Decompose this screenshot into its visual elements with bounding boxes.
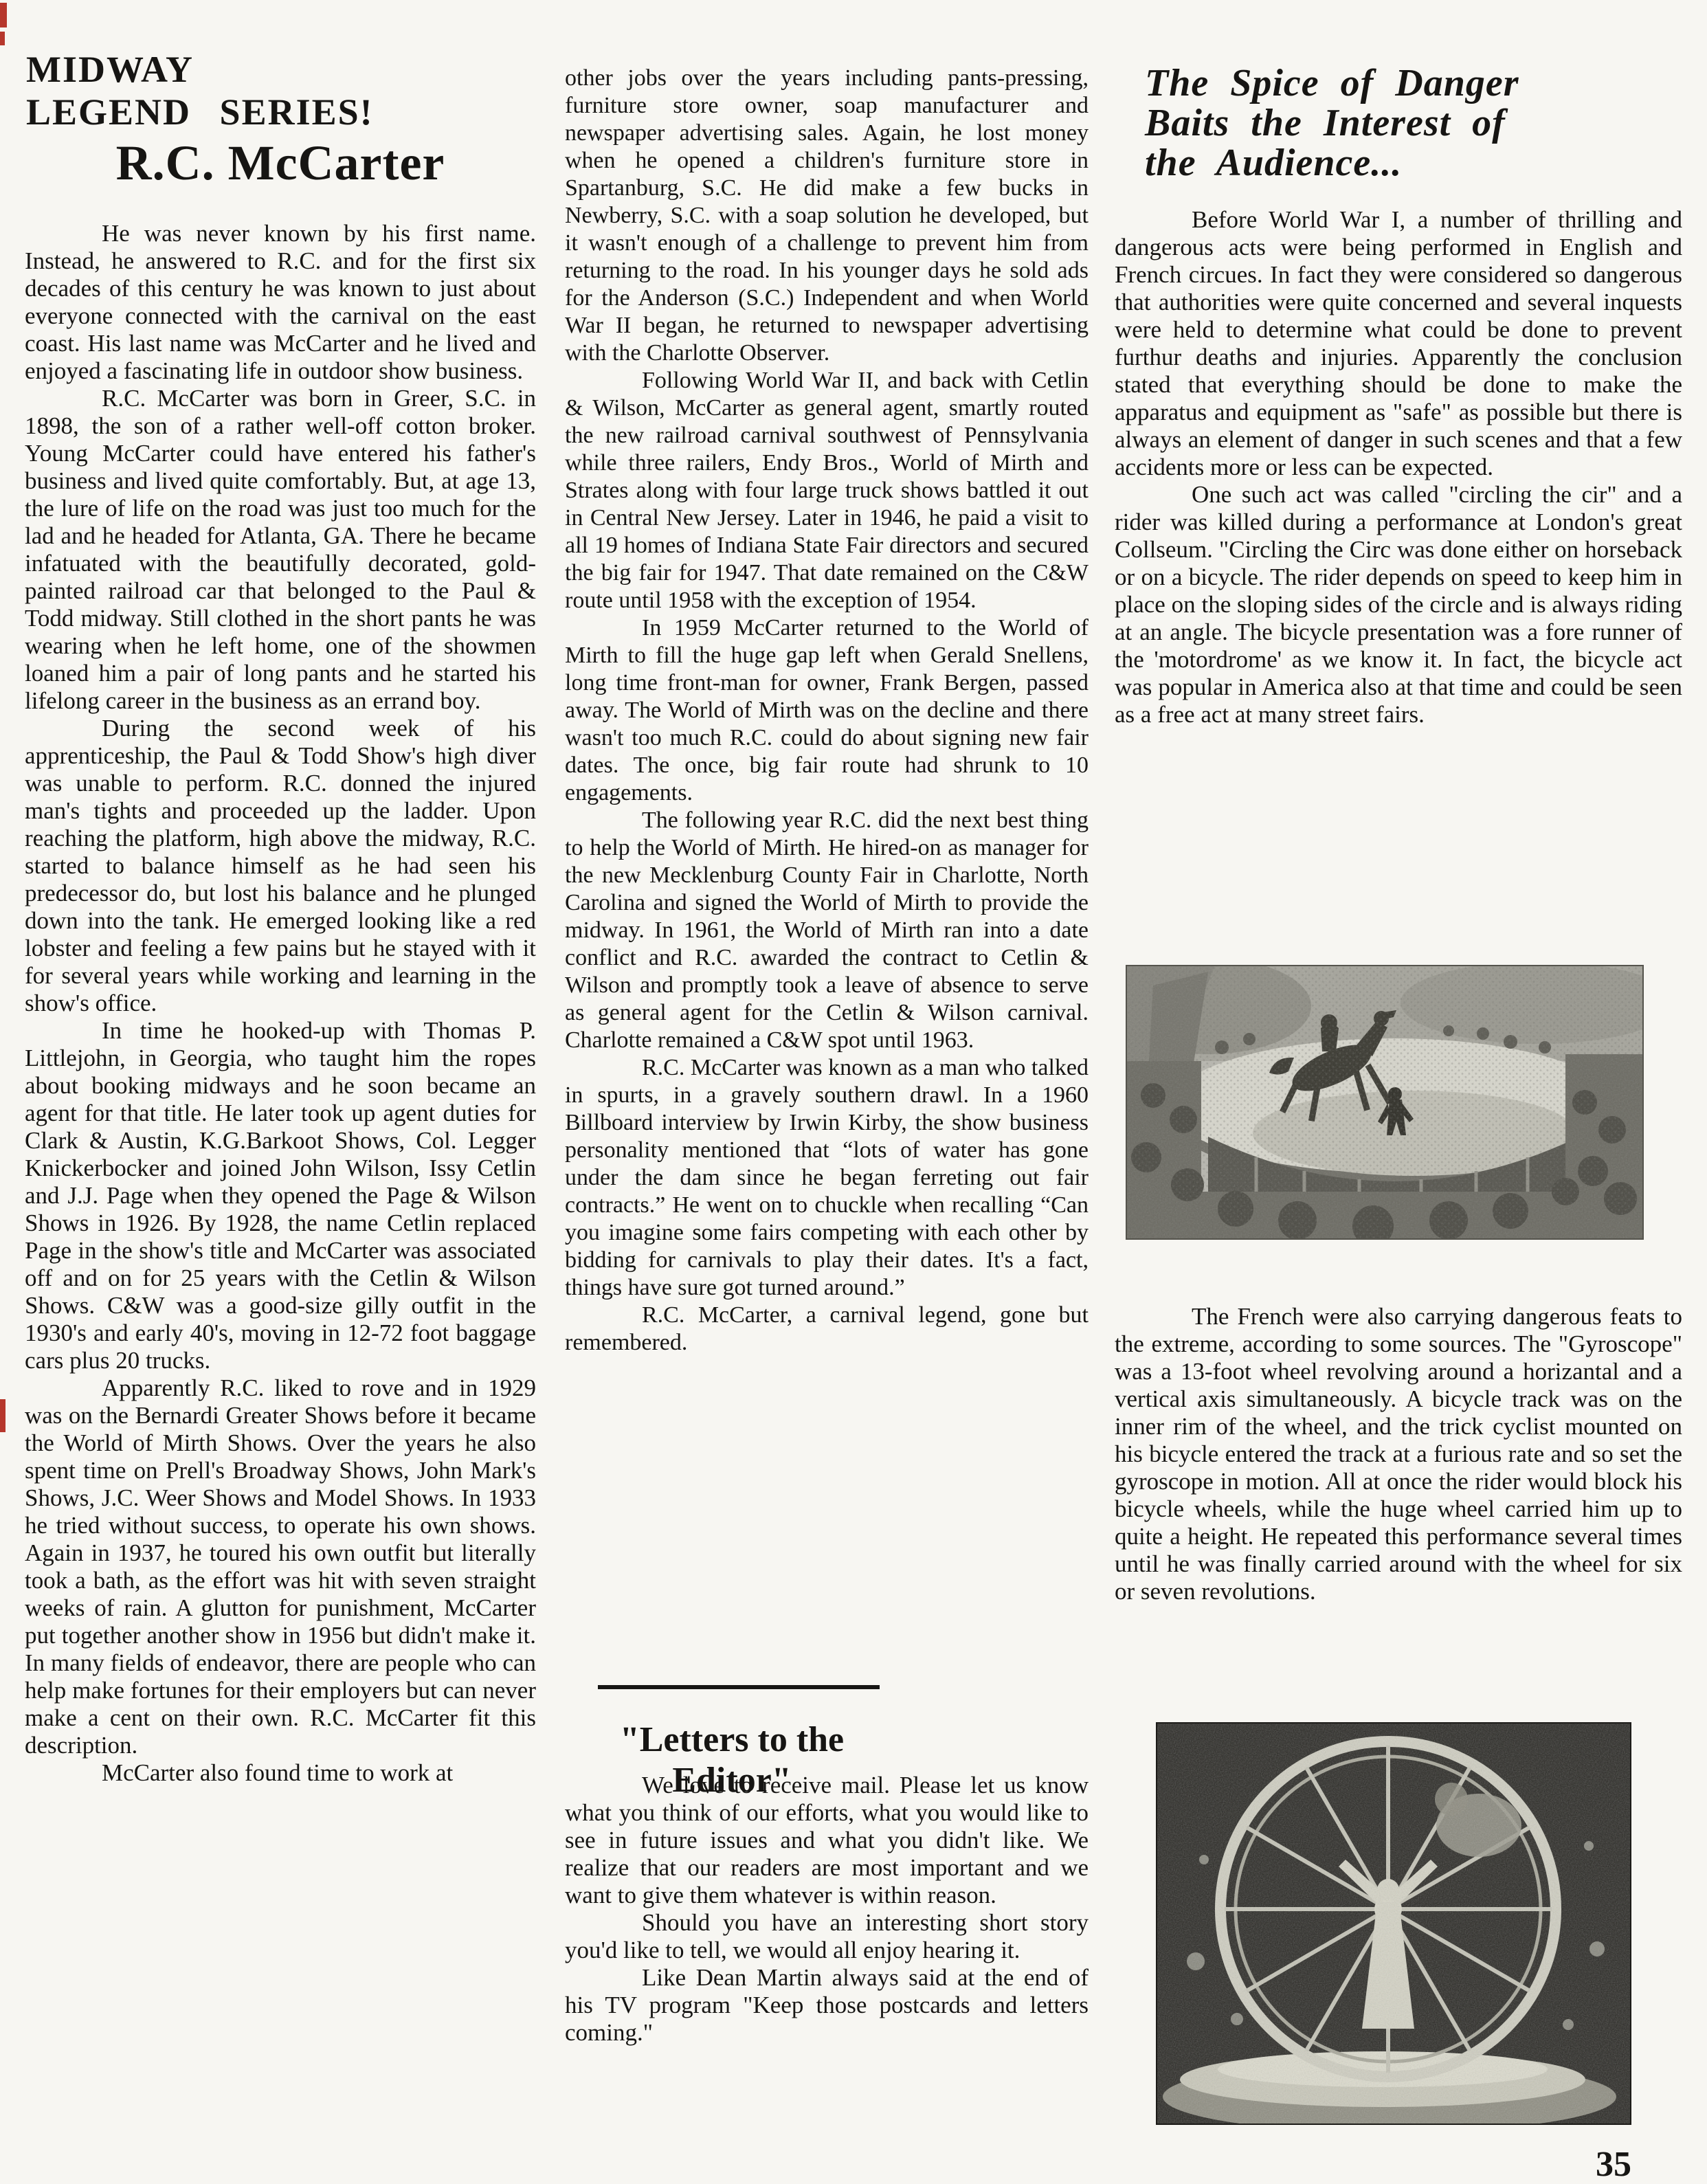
gyroscope-wheel-photo [1156,1722,1631,2125]
paragraph: Before World War I, a number of thrillin… [1115,206,1682,481]
paragraph: McCarter also found time to work at [25,1759,536,1787]
series-kicker-line1: MIDWAY [26,48,374,91]
series-kicker-line2: LEGEND SERIES! [26,91,374,133]
scan-artifact-mark [0,3,7,27]
article-column-3-upper: Before World War I, a number of thrillin… [1115,206,1682,948]
article-column-2: other jobs over the years including pant… [565,65,1089,1666]
paragraph: In 1959 McCarter returned to the World o… [565,614,1089,807]
paragraph: other jobs over the years including pant… [565,65,1089,367]
paragraph: The following year R.C. did the next bes… [565,807,1089,1054]
paragraph: Like Dean Martin always said at the end … [565,1964,1089,2047]
paragraph: The French were also carrying dangerous … [1115,1303,1682,1605]
section-divider-rule [598,1685,880,1689]
scan-artifact-mark [0,1399,5,1432]
paragraph: In time he hooked-up with Thomas P. Litt… [25,1017,536,1374]
paragraph: Following World War II, and back with Ce… [565,367,1089,614]
article-column-1: He was never known by his first name. In… [25,220,536,2089]
paragraph: Apparently R.C. liked to rove and in 192… [25,1374,536,1759]
heading-line: The Spice of Danger [1145,63,1688,103]
article-column-3-lower: The French were also carrying dangerous … [1115,1303,1682,1713]
heading-line: Baits the Interest of [1145,103,1688,143]
spice-of-danger-heading: The Spice of Danger Baits the Interest o… [1145,63,1688,183]
series-kicker: MIDWAY LEGEND SERIES! [26,48,374,133]
page-number: 35 [1596,2144,1631,2184]
paragraph: R.C. McCarter was known as a man who tal… [565,1054,1089,1302]
scan-artifact-mark [0,32,5,45]
paragraph: R.C. McCarter was born in Greer, S.C. in… [25,385,536,715]
circus-ring-horse-act-illustration [1126,965,1644,1240]
paragraph: R.C. McCarter, a carnival legend, gone b… [565,1302,1089,1357]
paragraph: During the second week of his apprentice… [25,715,536,1017]
paragraph: Should you have an interesting short sto… [565,1909,1089,1964]
paragraph: He was never known by his first name. In… [25,220,536,385]
letters-section-body: We love to receive mail. Please let us k… [565,1772,1089,2170]
article-title: R.C. McCarter [25,135,536,192]
magazine-page: MIDWAY LEGEND SERIES! R.C. McCarter He w… [0,0,1707,2184]
heading-line: the Audience... [1145,143,1688,183]
paragraph: We love to receive mail. Please let us k… [565,1772,1089,1909]
paragraph: One such act was called "circling the ci… [1115,481,1682,728]
